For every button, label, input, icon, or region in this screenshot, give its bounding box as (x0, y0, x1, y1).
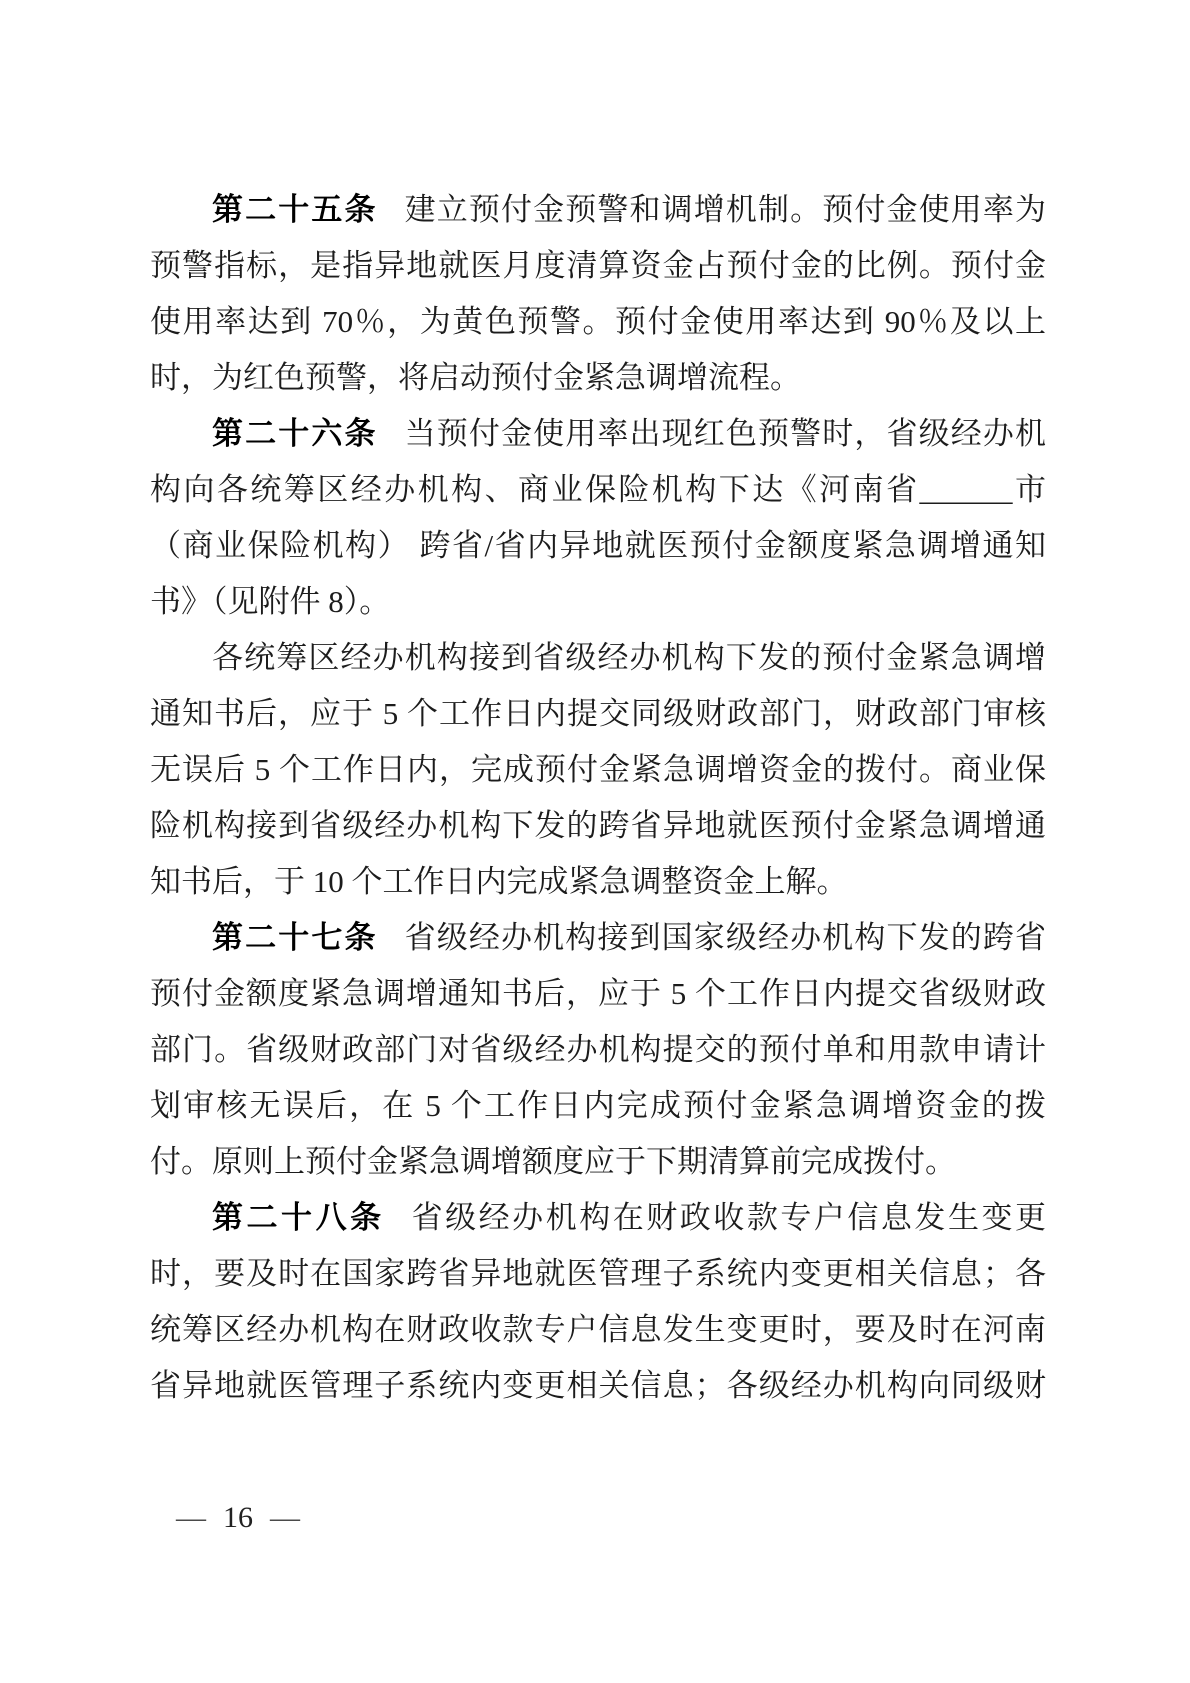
line-text: （商业保险机构） 跨省/省内异地就医预付金额度紧急调增通知 (150, 528, 1046, 563)
footer-dash-left: — (176, 1501, 206, 1534)
paragraph-line: 险机构接到省级经办机构下发的跨省异地就医预付金紧急调增通 (150, 798, 1046, 854)
line-text: 通知书后，应于 5 个工作日内提交同级财政部门，财政部门审核 (150, 696, 1046, 731)
line-text: 无误后 5 个工作日内，完成预付金紧急调增资金的拨付。商业保 (150, 752, 1046, 787)
paragraph-line: 使用率达到 70％，为黄色预警。预付金使用率达到 90％及以上 (150, 294, 1046, 350)
footer-dash-right: — (270, 1501, 300, 1534)
line-text: 预警指标，是指异地就医月度清算资金占预付金的比例。预付金 (150, 248, 1046, 283)
footer-page-number: 16 (223, 1501, 253, 1534)
line-text: 统筹区经办机构在财政收款专户信息发生变更时，要及时在河南 (150, 1312, 1046, 1347)
paragraph-line: 统筹区经办机构在财政收款专户信息发生变更时，要及时在河南 (150, 1302, 1046, 1358)
paragraph-line: 第二十六条当预付金使用率出现红色预警时，省级经办机 (150, 406, 1046, 462)
line-text: 划审核无误后，在 5 个工作日内完成预付金紧急调增资金的拨 (150, 1088, 1046, 1123)
paragraph-line: 各统筹区经办机构接到省级经办机构下发的预付金紧急调增 (150, 630, 1046, 686)
paragraph-line: 第二十八条省级经办机构在财政收款专户信息发生变更 (150, 1190, 1046, 1246)
line-text: 付。原则上预付金紧急调增额度应于下期清算前完成拨付。 (150, 1144, 956, 1179)
paragraph-line: 预付金额度紧急调增通知书后，应于 5 个工作日内提交省级财政 (150, 966, 1046, 1022)
article-number: 第二十七条 (212, 920, 378, 955)
article-number: 第二十八条 (212, 1200, 385, 1235)
line-text: 省异地就医管理子系统内变更相关信息；各级经办机构向同级财 (150, 1368, 1046, 1403)
paragraph-line: 预警指标，是指异地就医月度清算资金占预付金的比例。预付金 (150, 238, 1046, 294)
document-page: 第二十五条建立预付金预警和调增机制。预付金使用率为 预警指标，是指异地就医月度清… (0, 0, 1190, 1683)
line-text: 险机构接到省级经办机构下发的跨省异地就医预付金紧急调增通 (150, 808, 1046, 843)
line-text: 使用率达到 70％，为黄色预警。预付金使用率达到 90％及以上 (150, 304, 1046, 339)
line-text: 时，为红色预警，将启动预付金紧急调增流程。 (150, 360, 801, 395)
line-text: 预付金额度紧急调增通知书后，应于 5 个工作日内提交省级财政 (150, 976, 1046, 1011)
line-text: 书》（见附件 8）。 (150, 584, 390, 619)
paragraph-line: 通知书后，应于 5 个工作日内提交同级财政部门，财政部门审核 (150, 686, 1046, 742)
paragraph-line: （商业保险机构） 跨省/省内异地就医预付金额度紧急调增通知 (150, 518, 1046, 574)
line-text: 部门。省级财政部门对省级经办机构提交的预付单和用款申请计 (150, 1032, 1046, 1067)
line-text: 当预付金使用率出现红色预警时，省级经办机 (405, 416, 1046, 451)
paragraph-line: 无误后 5 个工作日内，完成预付金紧急调增资金的拨付。商业保 (150, 742, 1046, 798)
paragraph-line: 知书后，于 10 个工作日内完成紧急调整资金上解。 (150, 854, 1046, 910)
line-text: 构向各统筹区经办机构、商业保险机构下达《河南省______市 (150, 472, 1046, 507)
paragraph-line: 第二十七条省级经办机构接到国家级经办机构下发的跨省 (150, 910, 1046, 966)
article-number: 第二十六条 (212, 416, 378, 451)
line-text: 各统筹区经办机构接到省级经办机构下发的预付金紧急调增 (212, 640, 1046, 675)
paragraph-line: 部门。省级财政部门对省级经办机构提交的预付单和用款申请计 (150, 1022, 1046, 1078)
line-text: 知书后，于 10 个工作日内完成紧急调整资金上解。 (150, 864, 848, 899)
paragraph-line: 第二十五条建立预付金预警和调增机制。预付金使用率为 (150, 182, 1046, 238)
paragraph-line: 划审核无误后，在 5 个工作日内完成预付金紧急调增资金的拨 (150, 1078, 1046, 1134)
article-number: 第二十五条 (212, 192, 378, 227)
paragraph-line: 时，为红色预警，将启动预付金紧急调增流程。 (150, 350, 1046, 406)
paragraph-line: 构向各统筹区经办机构、商业保险机构下达《河南省______市 (150, 462, 1046, 518)
paragraph-line: 付。原则上预付金紧急调增额度应于下期清算前完成拨付。 (150, 1134, 1046, 1190)
line-text: 时，要及时在国家跨省异地就医管理子系统内变更相关信息；各 (150, 1256, 1046, 1291)
paragraph-line: 书》（见附件 8）。 (150, 574, 1046, 630)
line-text: 建立预付金预警和调增机制。预付金使用率为 (405, 192, 1046, 227)
page-footer: —16— (176, 1498, 300, 1538)
paragraph-line: 时，要及时在国家跨省异地就医管理子系统内变更相关信息；各 (150, 1246, 1046, 1302)
paragraph-line: 省异地就医管理子系统内变更相关信息；各级经办机构向同级财 (150, 1358, 1046, 1414)
line-text: 省级经办机构在财政收款专户信息发生变更 (412, 1200, 1046, 1235)
document-body: 第二十五条建立预付金预警和调增机制。预付金使用率为 预警指标，是指异地就医月度清… (150, 182, 1046, 1414)
line-text: 省级经办机构接到国家级经办机构下发的跨省 (405, 920, 1046, 955)
